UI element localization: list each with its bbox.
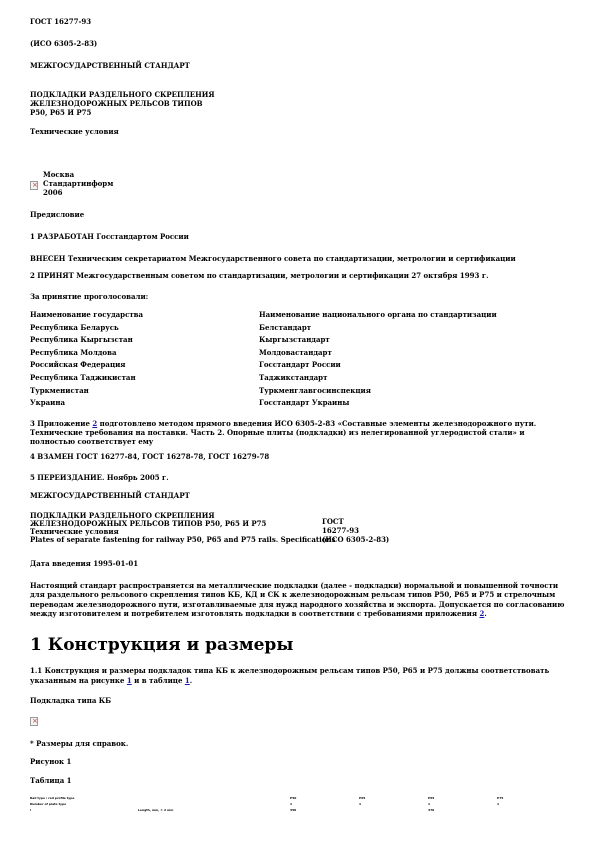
table-row: l Length, mm, ± 2 mm 350 370 [30,809,537,815]
figure-label: Рисунок 1 [30,758,71,767]
publisher-year: 2006 [43,188,113,197]
table-cell: l [30,809,138,815]
column-header: Наименование национального органа по ста… [259,311,497,324]
foreword-heading: Предисловие [30,211,84,220]
paragraph-text: . [190,676,192,685]
states-table: Наименование государства Наименование на… [30,311,497,412]
table-row: Украина Госстандарт Украины [30,399,497,412]
table-cell: 350 [290,809,359,815]
english-title: Plates of separate fastening for railway… [30,536,335,544]
paragraph-text: 3 Приложение [30,419,92,428]
section-heading: 1 Конструкция и размеры [30,635,293,656]
foreword-item-3: 3 Приложение 2 подготовлено методом прям… [30,420,570,446]
document-title: ПОДКЛАДКИ РАЗДЕЛЬНОГО СКРЕПЛЕНИЯ ЖЕЛЕЗНО… [30,90,215,117]
dimensions-table: Rail type / rail profile type Р50 Р65 Р6… [30,797,537,815]
header-gost-number: 16277-93 [322,526,389,535]
clause-1-1: 1.1 Конструкция и размеры подкладок типа… [30,666,570,686]
document-subtitle: Технические условия [30,128,119,137]
foreword-item-1: 1 РАЗРАБОТАН Госстандартом России [30,233,189,242]
title-line: ЖЕЛЕЗНОДОРОЖНЫХ РЕЛЬСОВ ТИПОВ [30,99,215,108]
gost-number: ГОСТ 16277-93 [30,18,91,27]
state-name: Республика Таджикистан [30,374,259,387]
table-cell: 370 [428,809,497,815]
paragraph-text: и в таблице [132,676,185,685]
standards-body: Таджикстандарт [259,374,497,387]
foreword-item-5: 5 ПЕРЕИЗДАНИЕ. Ноябрь 2005 г. [30,474,169,483]
footnote: * Размеры для справок. [30,740,128,749]
standards-body: Кыргызстандарт [259,336,497,349]
foreword-item-2: 2 ПРИНЯТ Межгосударственным советом по с… [30,272,489,281]
scope-paragraph: Настоящий стандарт распространяется на м… [30,581,570,618]
introduction-date: Дата введения 1995-01-01 [30,560,138,569]
paragraph-text: . [484,609,486,618]
standard-type: МЕЖГОСУДАРСТВЕННЫЙ СТАНДАРТ [30,62,190,71]
title-line: Р50, Р65 И Р75 [30,108,215,117]
column-header: Наименование государства [30,311,259,324]
broken-image-icon [30,181,38,190]
table-header-row: Наименование государства Наименование на… [30,311,497,324]
paragraph-text: 1.1 Конструкция и размеры подкладок типа… [30,666,549,685]
table-row: Республика Таджикистан Таджикстандарт [30,374,497,387]
table-row: Республика Кыргызстан Кыргызстандарт [30,336,497,349]
voted-label: За принятие проголосовали: [30,293,148,302]
table-cell [497,809,537,815]
title-line: ПОДКЛАДКИ РАЗДЕЛЬНОГО СКРЕПЛЕНИЯ [30,90,215,99]
standards-body: Госстандарт Украины [259,399,497,412]
state-name: Республика Кыргызстан [30,336,259,349]
iso-reference: (ИСО 6305-2-83) [30,40,97,49]
state-name: Украина [30,399,259,412]
figure-caption: Подкладка типа КБ [30,697,111,706]
header-gost-label: ГОСТ [322,517,389,526]
paragraph-text: подготовлено методом прямого введения ИС… [30,419,536,446]
standard-type-2: МЕЖГОСУДАРСТВЕННЫЙ СТАНДАРТ [30,492,190,501]
broken-image-icon [30,717,38,726]
table-cell [359,809,428,815]
publisher-name: Стандартинформ [43,179,113,188]
figure-image [30,717,38,729]
foreword-item-introduced: ВНЕСЕН Техническим секретариатом Межгосу… [30,255,516,264]
publisher-city: Москва [43,170,113,179]
table-cell: Length, mm, ± 2 mm [138,809,290,815]
header-iso-reference: (ИСО 6305-2-83) [322,535,389,544]
table-label: Таблица 1 [30,777,72,786]
foreword-item-4: 4 ВЗАМЕН ГОСТ 16277-84, ГОСТ 16278-78, Г… [30,453,269,462]
